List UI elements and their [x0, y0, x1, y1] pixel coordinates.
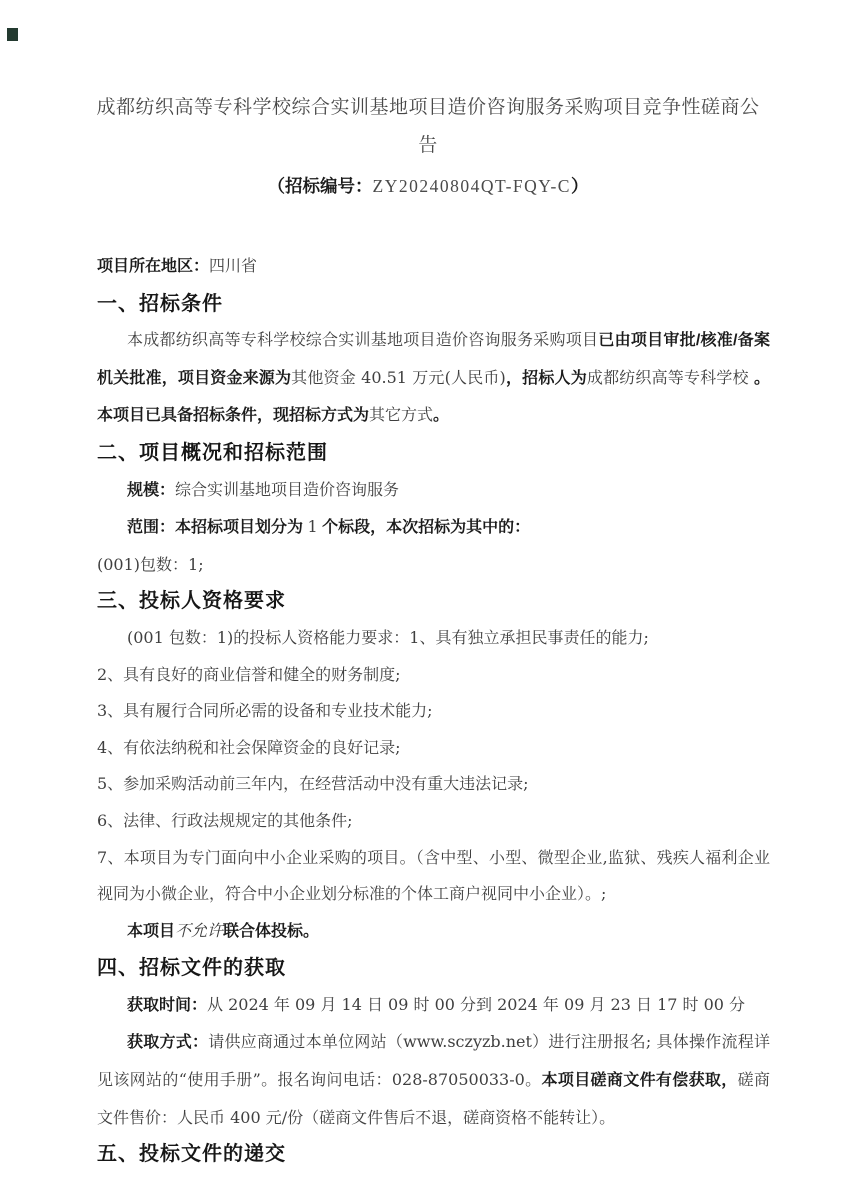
joint-bid-run-1: 本项目 [127, 923, 175, 940]
conditions-run-4: ，招标人为 [506, 370, 587, 387]
section-heading-4: 四、招标文件的获取 [97, 950, 770, 987]
project-location-value: 四川省 [209, 256, 257, 275]
obtain-time-value: 从 2024 年 09 月 14 日 09 时 00 分到 2024 年 09 … [207, 995, 745, 1014]
conditions-run-3: 其他资金 40.51 万元(人民币) [291, 368, 506, 387]
scope-run-2: 1 [307, 517, 317, 536]
qualification-item-1: (001 包数：1)的投标人资格能力要求：1、具有独立承担民事责任的能力; [97, 620, 770, 657]
scale-value: 综合实训基地项目造价咨询服务 [175, 480, 399, 499]
scope-run-1: 范围：本招标项目划分为 [127, 519, 307, 536]
tender-number-close: ） [571, 176, 589, 196]
tender-number-line: （招标编号：ZY20240804QT-FQY-C） [0, 170, 856, 203]
document-body: 项目所在地区：四川省 一、招标条件 本成都纺织高等专科学校综合实训基地项目造价咨… [97, 248, 770, 1173]
qualification-item-5: 5、参加采购活动前三年内，在经营活动中没有重大违法记录; [97, 766, 770, 803]
tender-number-code: ZY20240804QT-FQY-C [373, 176, 571, 196]
qualification-item-4: 4、有依法纳税和社会保障资金的良好记录; [97, 730, 770, 767]
page-title-line-2: 告 [418, 134, 438, 156]
scope-line: 范围：本招标项目划分为 1 个标段，本次招标为其中的： [97, 509, 770, 547]
joint-bid-policy-line: 本项目不允许联合体投标。 [97, 913, 770, 951]
obtain-method-run-2: 本项目磋商文件有偿获取， [542, 1072, 738, 1089]
section-heading-5: 五、投标文件的递交 [97, 1136, 770, 1173]
qualification-item-6: 6、法律、行政法规规定的其他条件; [97, 803, 770, 840]
package-count-line: (001)包数：1; [97, 547, 770, 584]
section-heading-1: 一、招标条件 [97, 286, 770, 323]
obtain-time-label: 获取时间： [127, 997, 207, 1014]
tender-conditions-paragraph: 本成都纺织高等专科学校综合实训基地项目造价咨询服务采购项目已由项目审批/核准/备… [97, 322, 770, 435]
obtain-time-line: 获取时间：从 2024 年 09 月 14 日 09 时 00 分到 2024 … [97, 987, 770, 1025]
conditions-run-5: 成都纺织高等专科学校 [587, 368, 754, 387]
tender-number-open: （招标编号： [268, 176, 373, 196]
scope-run-3: 个标段，本次招标为其中的： [318, 519, 530, 536]
scale-label: 规模： [127, 482, 175, 499]
qualification-item-3: 3、具有履行合同所必需的设备和专业技术能力; [97, 693, 770, 730]
conditions-run-8: 。 [433, 407, 449, 424]
scale-line: 规模：综合实训基地项目造价咨询服务 [97, 472, 770, 510]
page-title: 成都纺织高等专科学校综合实训基地项目造价咨询服务采购项目竞争性磋商公 告 [80, 88, 776, 164]
section-heading-2: 二、项目概况和招标范围 [97, 435, 770, 472]
obtain-method-label: 获取方式： [127, 1034, 208, 1051]
obtain-method-paragraph: 获取方式：请供应商通过本单位网站（www.sczyzb.net）进行注册报名; … [97, 1024, 770, 1136]
joint-bid-not-allowed: 不允许 [175, 921, 223, 940]
section-heading-3: 三、投标人资格要求 [97, 583, 770, 620]
qualification-item-2: 2、具有良好的商业信誉和健全的财务制度; [97, 657, 770, 694]
scan-artifact-mark [7, 28, 18, 41]
project-location-label: 项目所在地区： [97, 258, 209, 275]
conditions-run-1: 本成都纺织高等专科学校综合实训基地项目造价咨询服务采购项目 [127, 330, 598, 349]
conditions-run-7: 其它方式 [369, 405, 433, 424]
qualification-item-7: 7、本项目为专门面向中小企业采购的项目。（含中型、小型、微型企业,监狱、残疾人福… [97, 840, 770, 913]
project-location-line: 项目所在地区：四川省 [97, 248, 770, 286]
page-title-line-1: 成都纺织高等专科学校综合实训基地项目造价咨询服务采购项目竞争性磋商公 [96, 96, 759, 118]
joint-bid-run-3: 联合体投标。 [223, 923, 319, 940]
tender-announcement-page: 成都纺织高等专科学校综合实训基地项目造价咨询服务采购项目竞争性磋商公 告 （招标… [0, 0, 856, 1178]
